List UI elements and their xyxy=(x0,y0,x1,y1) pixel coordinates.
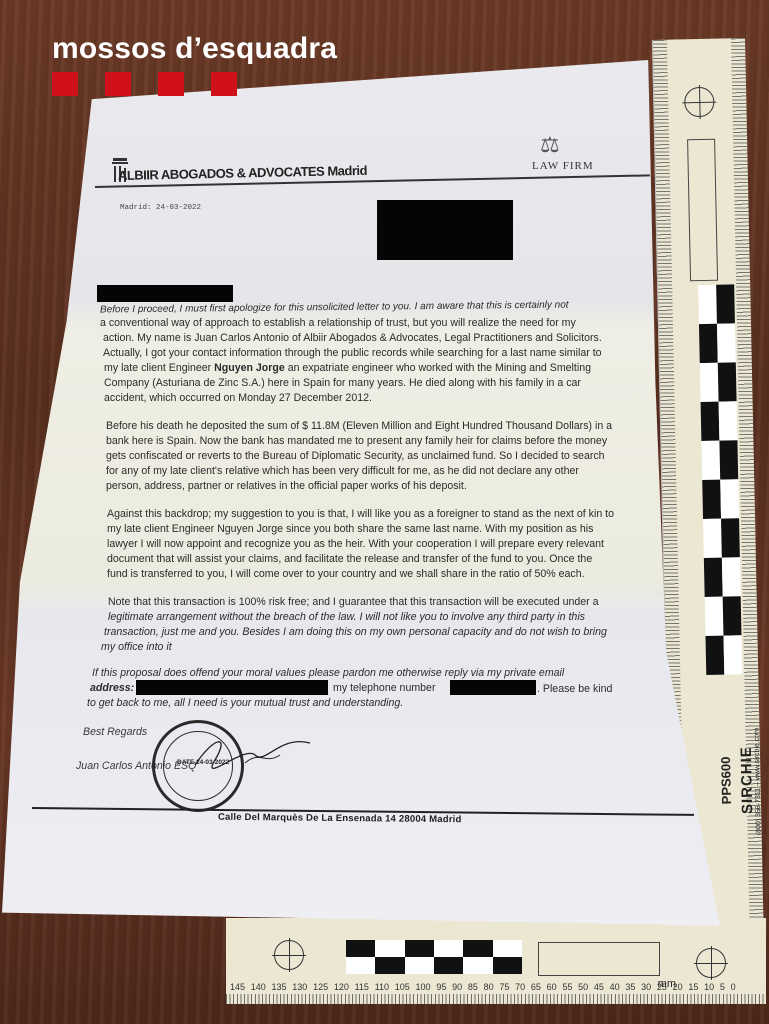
body-line: my office into it xyxy=(101,640,172,654)
body-line: accident, which occurred on Monday 27 De… xyxy=(104,391,372,405)
body-line: my late client Engineer Nguyen Jorge an … xyxy=(104,361,591,375)
letter-date: Madrid: 24-03-2022 xyxy=(120,204,201,212)
logo-square xyxy=(52,72,78,96)
law-firm-label: LAW FIRM xyxy=(532,160,594,172)
logo-squares xyxy=(52,72,337,96)
logo-square xyxy=(211,72,237,96)
body-line: transaction, just me and you. Besides I … xyxy=(104,625,607,639)
body-line: action. My name is Juan Carlos Antonio o… xyxy=(103,331,602,345)
body-line: If this proposal does offend your moral … xyxy=(92,666,564,680)
body-line: Company (Asturiana de Zinc S.A.) here in… xyxy=(104,376,581,390)
body-line: for any of my late client's relative whi… xyxy=(106,464,579,478)
mossos-logo: mossos d’esquadra xyxy=(52,34,337,96)
footer-address: Calle Del Marquès De La Ensenada 14 2800… xyxy=(218,812,462,826)
redacted-phone xyxy=(450,680,536,695)
body-line: to get back to me, all I need is your mu… xyxy=(87,696,403,710)
redacted-recipient xyxy=(377,200,513,260)
logo-square xyxy=(105,72,131,96)
phone-label: my telephone number xyxy=(333,681,435,695)
redacted-email xyxy=(136,680,328,695)
scales-of-justice-icon: ⚖ xyxy=(540,132,560,158)
redacted-salutation xyxy=(97,285,233,302)
body-line: legitimate arrangement without the breac… xyxy=(108,610,585,624)
body-line: Actually, I got your contact information… xyxy=(103,346,602,360)
body-line: . Please be kind xyxy=(537,682,612,696)
body-line: my late client Engineer Nguyen Jorge sin… xyxy=(107,522,593,536)
closing: Best Regards xyxy=(83,725,147,739)
firm-name: ALBIIR ABOGADOS & ADVOCATES Madrid xyxy=(118,163,367,183)
signature xyxy=(185,725,315,785)
body-line: bank here is Spain. Now the bank has man… xyxy=(106,434,607,448)
body-line: Before his death he deposited the sum of… xyxy=(106,419,612,433)
email-label: address: xyxy=(90,681,134,695)
logo-square xyxy=(158,72,184,96)
body-line: lawyer I will now appoint and recognize … xyxy=(107,537,604,551)
body-line: document that will assist your claims, a… xyxy=(107,552,592,566)
body-line: person, address, partner or relatives in… xyxy=(106,479,467,493)
body-line: fund is transferred to you, I will come … xyxy=(107,567,585,581)
body-line: gets confiscated or reverts to the Burea… xyxy=(106,449,605,463)
scam-letter: ALBIIR ABOGADOS & ADVOCATES Madrid ⚖ LAW… xyxy=(0,0,769,1024)
body-line: Note that this transaction is 100% risk … xyxy=(108,595,599,609)
logo-text: mossos d’esquadra xyxy=(52,34,337,64)
body-line: a conventional way of approach to establ… xyxy=(100,316,576,330)
body-line: Against this backdrop; my suggestion to … xyxy=(107,507,614,521)
